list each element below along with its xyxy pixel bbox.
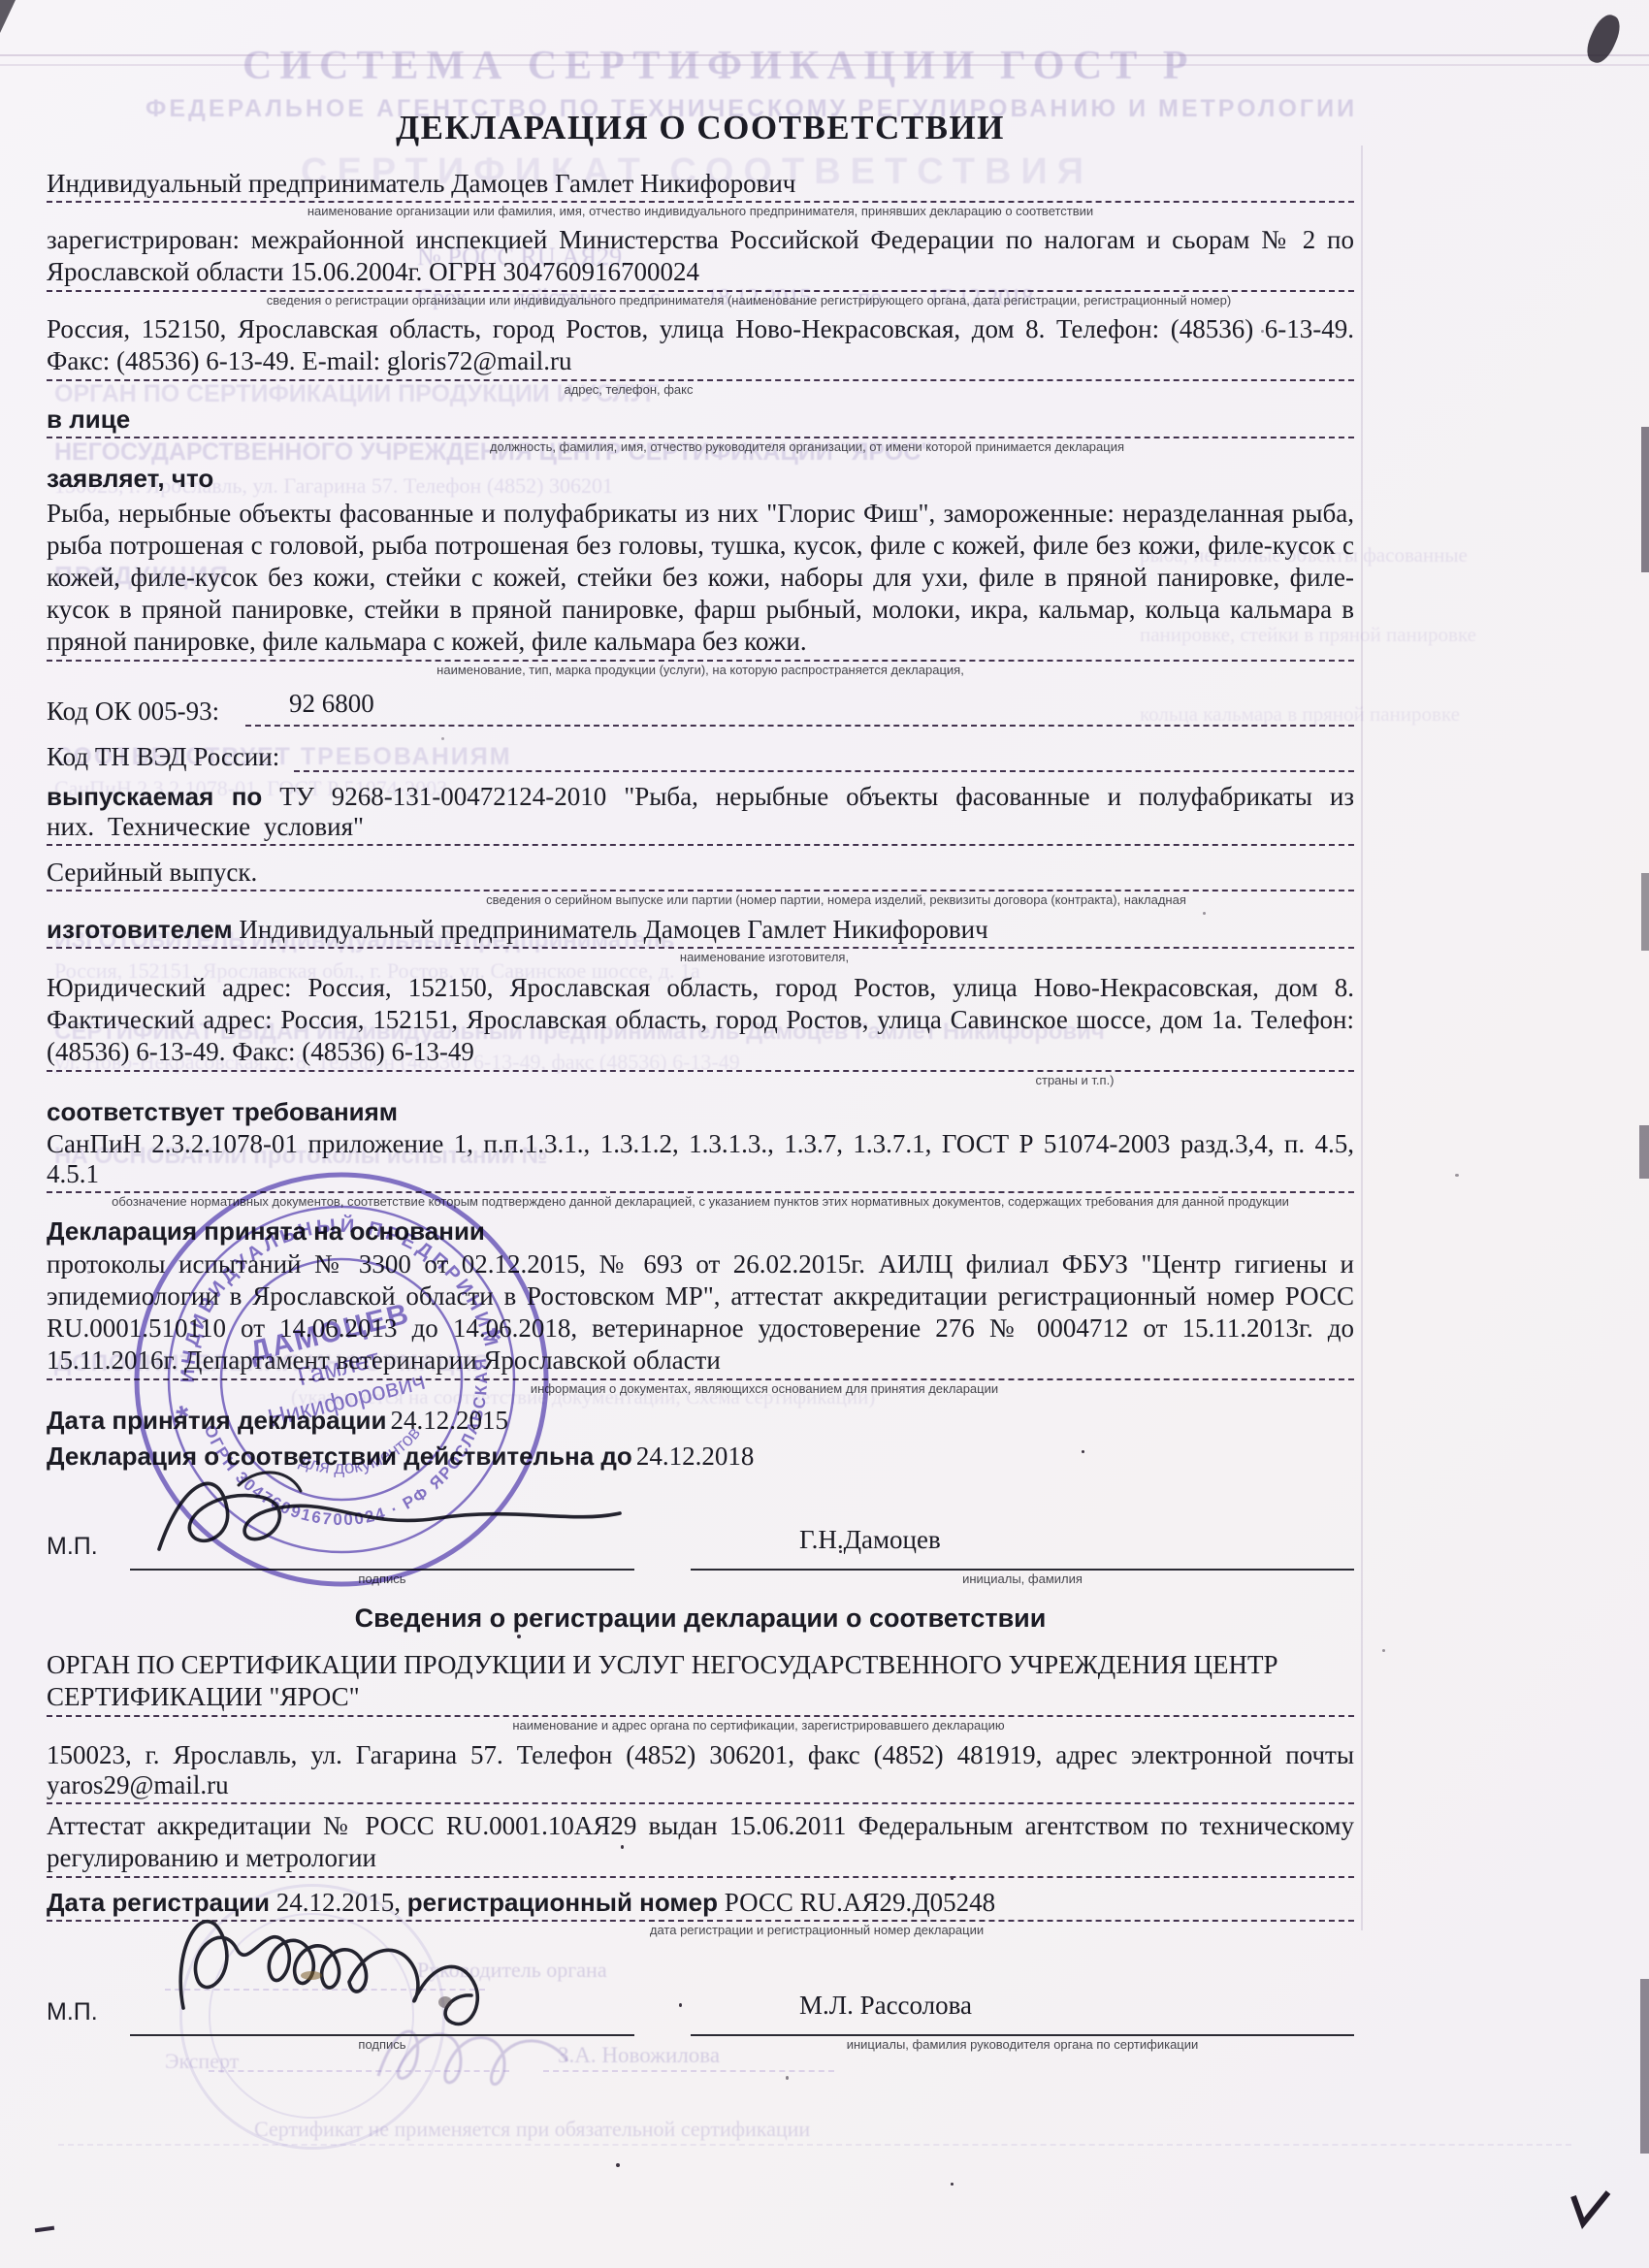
field-code-ok: Код ОК 005-93: 92 6800 bbox=[47, 689, 1354, 727]
registration-value: зарегистрирован: межрайонной инспекцией … bbox=[47, 224, 1354, 292]
serial-value: Серийный выпуск. bbox=[47, 858, 1354, 891]
ghost-line bbox=[58, 2144, 1571, 2146]
seal-placeholder: М.П. bbox=[47, 1533, 130, 1586]
scan-artifact bbox=[1641, 427, 1649, 572]
product-description: Рыба, нерыбные объекты фасованные и полу… bbox=[47, 498, 1354, 662]
field-caption: наименование, тип, марка продукции (услу… bbox=[47, 663, 1354, 677]
scan-artifact bbox=[1569, 2190, 1612, 2229]
field-registration: зарегистрирован: межрайонной инспекцией … bbox=[47, 224, 1354, 308]
scan-artifact bbox=[1639, 1125, 1649, 1179]
field-product: Рыба, нерыбные объекты фасованные и полу… bbox=[47, 498, 1354, 677]
declarant-value: Индивидуальный предприниматель Дамоцев Г… bbox=[47, 169, 1354, 203]
address-value: Россия, 152150, Ярославская область, гор… bbox=[47, 313, 1354, 381]
scan-artifact bbox=[35, 2226, 54, 2233]
signature-scribble bbox=[130, 1877, 634, 2042]
field-declarant: Индивидуальный предприниматель Дамоцев Г… bbox=[47, 169, 1354, 218]
scan-artifact bbox=[1640, 1979, 1649, 2154]
field-caption: инициалы, фамилия bbox=[691, 1571, 1354, 1586]
field-caption: наименование и адрес органа по сертифика… bbox=[105, 1718, 1412, 1733]
stamp-purpose-text: для документов bbox=[292, 1420, 430, 1491]
field-tu: выпускаемая по ТУ 9268-131-00472124-2010… bbox=[47, 782, 1354, 846]
code-ok-value: 92 6800 bbox=[245, 689, 1354, 727]
ghost-line bbox=[209, 2070, 509, 2072]
field-caption: сведения о серийном выпуске или партии (… bbox=[182, 892, 1490, 907]
bleedthrough-text: Сертификат не применяется при обязательн… bbox=[254, 2117, 810, 2142]
signature-block-registrar: М.П. подпись М.Л. Рассолова инициалы, фа… bbox=[47, 1964, 1354, 2052]
validity-value: 24.12.2018 bbox=[636, 1442, 755, 1471]
field-manufacturer: изготовителем Индивидуальный предпринима… bbox=[47, 915, 1354, 964]
field-caption: наименование организации или фамилия, им… bbox=[47, 204, 1354, 218]
registrar-signatory-name: М.Л. Рассолова bbox=[691, 1964, 1354, 2036]
reg-number-value: РОСС RU.АЯ29.Д05248 bbox=[725, 1888, 995, 1917]
svg-text:для документов: для документов bbox=[292, 1420, 430, 1491]
field-caption: наименование изготовителя, bbox=[111, 950, 1418, 964]
signature-line bbox=[130, 1972, 634, 2036]
cert-org-value: ОРГАН ПО СЕРТИФИКАЦИИ ПРОДУКЦИИ И УСЛУГ … bbox=[47, 1649, 1354, 1717]
scan-artifact bbox=[1641, 873, 1649, 951]
document-page: СИСТЕМА СЕРТИФИКАЦИИ ГОСТ Р ФЕДЕРАЛЬНОЕ … bbox=[0, 0, 1649, 2268]
code-tn-label: Код ТН ВЭД России: bbox=[47, 742, 294, 772]
scan-artifact bbox=[1582, 11, 1626, 67]
complies-label: соответствует требованиям bbox=[47, 1097, 1354, 1127]
stamp-star-icon: * bbox=[485, 1320, 507, 1359]
in-person-label: в лице bbox=[47, 405, 1354, 438]
field-serial: Серийный выпуск. сведения о серийном вып… bbox=[47, 858, 1354, 907]
scan-artifact bbox=[301, 1971, 322, 1980]
scan-artifact bbox=[438, 1996, 452, 2008]
ghost-line bbox=[543, 2070, 834, 2072]
code-tn-value bbox=[294, 734, 1354, 772]
fold-line bbox=[1361, 146, 1363, 1930]
document-title: ДЕКЛАРАЦИЯ О СООТВЕТСТВИИ bbox=[47, 109, 1354, 147]
declares-label: заявляет, что bbox=[47, 464, 1354, 494]
field-caption: инициалы, фамилия руководителя органа по… bbox=[691, 2037, 1354, 2052]
field-cert-org: ОРГАН ПО СЕРТИФИКАЦИИ ПРОДУКЦИИ И УСЛУГ … bbox=[47, 1649, 1354, 1733]
field-caption: сведения о регистрации организации или и… bbox=[95, 293, 1403, 308]
manufacturer-value: Индивидуальный предприниматель Дамоцев Г… bbox=[239, 915, 987, 944]
seal-placeholder: М.П. bbox=[47, 1998, 130, 2052]
field-address: Россия, 152150, Ярославская область, гор… bbox=[47, 313, 1354, 397]
manufacturer-label: изготовителем bbox=[47, 915, 233, 944]
tu-label: выпускаемая по bbox=[47, 782, 262, 811]
cert-org-address: 150023, г. Ярославль, ул. Гагарина 57. Т… bbox=[47, 1740, 1354, 1804]
field-caption: адрес, телефон, факс bbox=[0, 382, 1282, 397]
field-in-person: в лице должность, фамилия, имя, отчество… bbox=[47, 405, 1354, 454]
field-caption: страны и т.п.) bbox=[421, 1073, 1649, 1087]
scan-artifact bbox=[0, 0, 16, 33]
code-ok-label: Код ОК 005-93: bbox=[47, 697, 245, 727]
accreditation-value: Аттестат аккредитации № РОСС RU.0001.10А… bbox=[47, 1810, 1354, 1878]
field-manufacturer-address: Юридический адрес: Россия, 152150, Яросл… bbox=[47, 972, 1354, 1087]
manufacturer-address-value: Юридический адрес: Россия, 152150, Яросл… bbox=[47, 972, 1354, 1072]
declarant-signatory-name: Г.Н.Дамоцев bbox=[691, 1499, 1354, 1571]
field-caption: должность, фамилия, имя, отчество руково… bbox=[153, 439, 1461, 454]
field-code-tn: Код ТН ВЭД России: bbox=[47, 734, 1354, 772]
